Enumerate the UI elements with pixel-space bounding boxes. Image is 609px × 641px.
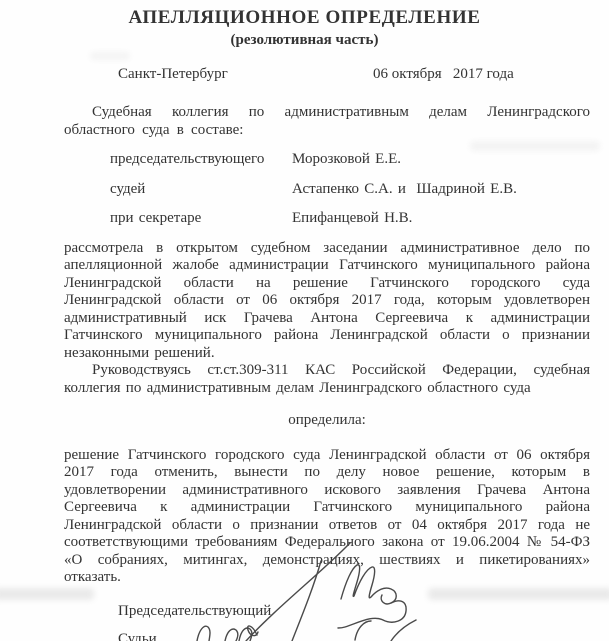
document-title: АПЕЛЛЯЦИОННОЕ ОПРЕДЕЛЕНИЕ (0, 6, 609, 29)
intro-paragraph: Судебная коллегия по административным де… (64, 104, 590, 139)
panel-row: председательствующего Морозковой Е.Е. (64, 151, 590, 169)
panel-name: Морозковой Е.Е. (292, 151, 401, 169)
case-paragraph: рассмотрела в открытом судебном заседани… (64, 240, 590, 363)
panel-role: при секретаре (64, 210, 292, 228)
panel-name: Астапенко С.А. и Шадриной Е.В. (292, 181, 517, 199)
scan-artifact (90, 52, 130, 60)
panel-name: Епифанцевой Н.В. (292, 210, 412, 228)
panel-row: при секретаре Епифанцевой Н.В. (64, 210, 590, 228)
document-body: Судебная коллегия по административным де… (0, 104, 609, 641)
decision-word: определила: (64, 412, 590, 430)
city-label: Санкт-Петербург (118, 66, 228, 83)
panel-role: судей (64, 181, 292, 199)
judges-label: Судьи (64, 631, 590, 641)
panel-row: судей Астапенко С.А. и Шадриной Е.В. (64, 181, 590, 199)
panel-composition-list: председательствующего Морозковой Е.Е. су… (64, 151, 590, 228)
presiding-label: Председательствующий (64, 603, 590, 621)
decision-paragraph: решение Гатчинского городского суда Лени… (64, 447, 590, 587)
panel-role: председательствующего (64, 151, 292, 169)
date-label: 06 октября 2017 года (373, 66, 514, 83)
basis-paragraph: Руководствуясь ст.ст.309-311 КАС Российс… (64, 362, 590, 397)
dateline: Санкт-Петербург 06 октября 2017 года (0, 66, 609, 84)
scanned-document-page: АПЕЛЛЯЦИОННОЕ ОПРЕДЕЛЕНИЕ (резолютивная … (0, 0, 609, 641)
document-subtitle: (резолютивная часть) (0, 31, 609, 50)
